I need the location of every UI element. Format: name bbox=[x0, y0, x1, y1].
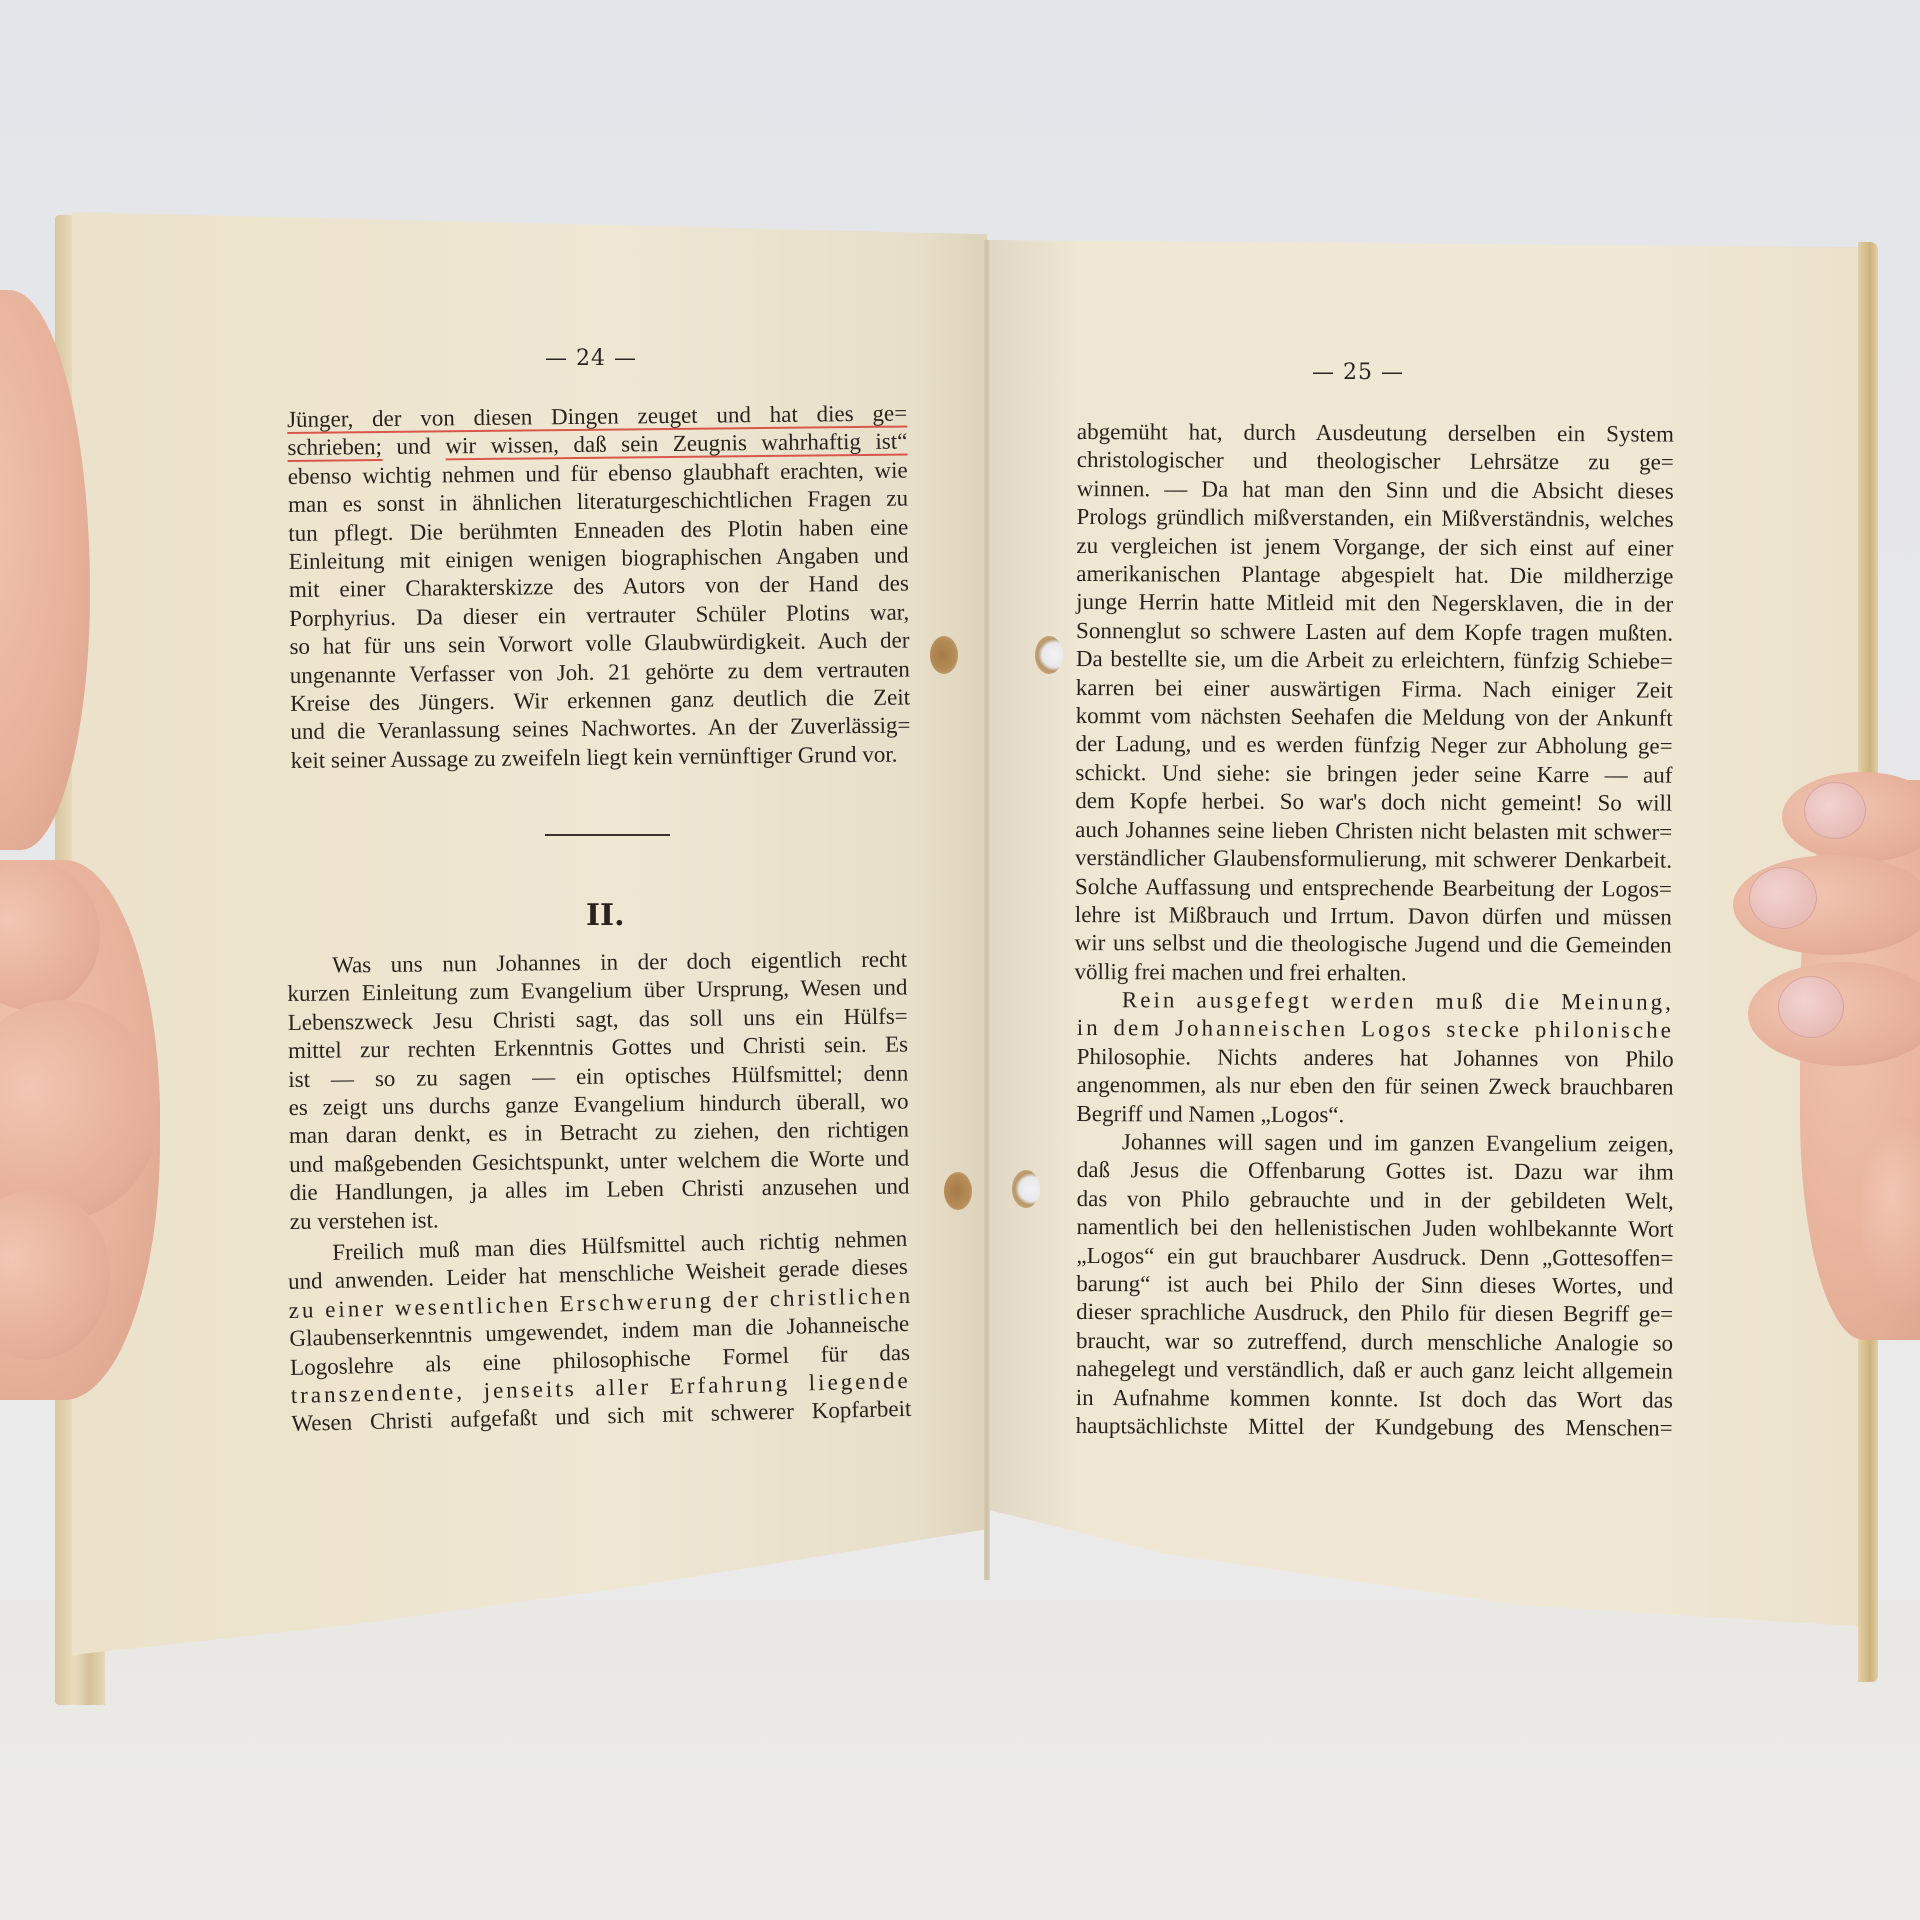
left-page-paragraph-2: Was uns nun Johannes in der doch eigentl… bbox=[287, 946, 910, 1237]
punch-hole-icon bbox=[944, 1172, 972, 1210]
fingernail bbox=[1778, 976, 1844, 1038]
page-number-right: — 25 — bbox=[1312, 360, 1404, 385]
text-line: amerikanischen Plantage abgespielt hat. … bbox=[1076, 560, 1673, 591]
right-middle-finger bbox=[1733, 855, 1920, 955]
text-line: der Ladung, und es werden fünfzig Neger … bbox=[1076, 730, 1673, 761]
page-number-left: — 24 — bbox=[545, 346, 637, 371]
text-line: völlig frei machen und frei erhalten. bbox=[1075, 958, 1672, 989]
text-line: Sonnenglut so schwere Lasten auf dem Kop… bbox=[1076, 617, 1673, 648]
text-line: angenommen, als nur eben den für seinen … bbox=[1077, 1071, 1674, 1102]
fingernail bbox=[1804, 782, 1866, 839]
text-line: Da bestellte sie, um die Arbeit zu erlei… bbox=[1076, 645, 1673, 676]
left-page-paragraph-3: Freilich muß man dies Hülfsmittel auch r… bbox=[287, 1225, 912, 1439]
text-line: Johannes will sagen und im ganzen Evange… bbox=[1077, 1128, 1674, 1159]
text-line: karren bei einer auswärtigen Firma. Nach… bbox=[1076, 674, 1673, 705]
text-line: Begriff und Namen „Logos“. bbox=[1076, 1100, 1673, 1131]
fingernail bbox=[1749, 867, 1817, 929]
text-line: verständlicher Glaubensformulierung, mit… bbox=[1075, 844, 1672, 875]
text-line: abgemüht hat, durch Ausdeutung derselben… bbox=[1077, 418, 1674, 449]
text-line: das von Philo gebrauchte und in der gebi… bbox=[1077, 1185, 1674, 1216]
text-line: zu vergleichen ist jenem Vorgange, der s… bbox=[1076, 532, 1673, 563]
finger bbox=[0, 1190, 110, 1360]
punch-hole-icon bbox=[1035, 636, 1063, 674]
punch-hole-icon bbox=[1012, 1170, 1040, 1208]
text-line: „Logos“ ein gut brauchbarer Ausdruck. De… bbox=[1076, 1242, 1673, 1273]
section-heading: II. bbox=[586, 898, 625, 933]
text-line: daß Jesus die Offenbarung Gottes ist. Da… bbox=[1077, 1156, 1674, 1187]
finger bbox=[0, 1000, 160, 1220]
text-line: braucht, war so zutreffend, durch mensch… bbox=[1076, 1327, 1673, 1358]
text-line: nahegelegt und verständlich, daß er auch… bbox=[1076, 1355, 1673, 1386]
text-line: Solche Auffassung und entsprechende Bear… bbox=[1075, 872, 1672, 903]
text-line: wir uns selbst und die theologische Juge… bbox=[1075, 929, 1672, 960]
text-line: in Aufnahme kommen konnte. Ist doch das … bbox=[1076, 1384, 1673, 1415]
finger bbox=[0, 860, 100, 1010]
right-page-paragraph-1: abgemüht hat, durch Ausdeutung derselben… bbox=[1075, 418, 1674, 989]
text-line: dem Kopfe herbei. So war's doch nicht ge… bbox=[1075, 787, 1672, 818]
book-spine-gutter bbox=[984, 240, 990, 1580]
right-page-paragraph-2: Rein ausgefegt werden muß die Meinung, i… bbox=[1076, 986, 1674, 1131]
text-line: dieser sprachliche Ausdruck, den Philo f… bbox=[1076, 1298, 1673, 1329]
text-line: in dem Johanneischen Logos stecke philon… bbox=[1077, 1014, 1674, 1045]
text-line: schickt. Und siehe: sie bringen jeder se… bbox=[1075, 759, 1672, 790]
open-book: — 24 — Jünger, der von diesen Dingen zeu… bbox=[0, 0, 1920, 1920]
text-line: namentlich bei den hellenistischen Juden… bbox=[1077, 1213, 1674, 1244]
punch-hole-icon bbox=[930, 636, 958, 674]
text-line: Philosophie. Nichts anderes hat Johannes… bbox=[1077, 1043, 1674, 1074]
underlined-text: wir wissen, daß sein Zeugnis wahrhaftig … bbox=[445, 429, 907, 461]
underlined-text: schrieben; bbox=[287, 434, 382, 462]
text-line: lehre ist Mißbrauch und Irrtum. Davon dü… bbox=[1075, 901, 1672, 932]
text-line: barung“ ist auch bei Philo der Sinn dies… bbox=[1076, 1270, 1673, 1301]
right-page-paragraph-3: Johannes will sagen und im ganzen Evange… bbox=[1076, 1128, 1674, 1443]
text-line: hauptsächlichste Mittel der Kundgebung d… bbox=[1076, 1412, 1673, 1443]
text-line: auch Johannes seine lieben Christen nich… bbox=[1075, 816, 1672, 847]
text-line: Rein ausgefegt werden muß die Meinung, bbox=[1077, 986, 1674, 1017]
text-line: junge Herrin hatte Mitleid mit den Neger… bbox=[1076, 588, 1673, 619]
text-line: winnen. — Da hat man den Sinn und die Ab… bbox=[1077, 475, 1674, 506]
text-line: kommt vom nächsten Seehafen die Meldung … bbox=[1076, 702, 1673, 733]
section-divider bbox=[545, 834, 670, 836]
text-line: christologischer und theologischer Lehrs… bbox=[1077, 446, 1674, 477]
text-line: Prologs gründlich mißverstanden, ein Miß… bbox=[1077, 503, 1674, 534]
left-page-paragraph-1: Jünger, der von diesen Dingen zeuget und… bbox=[287, 400, 911, 776]
